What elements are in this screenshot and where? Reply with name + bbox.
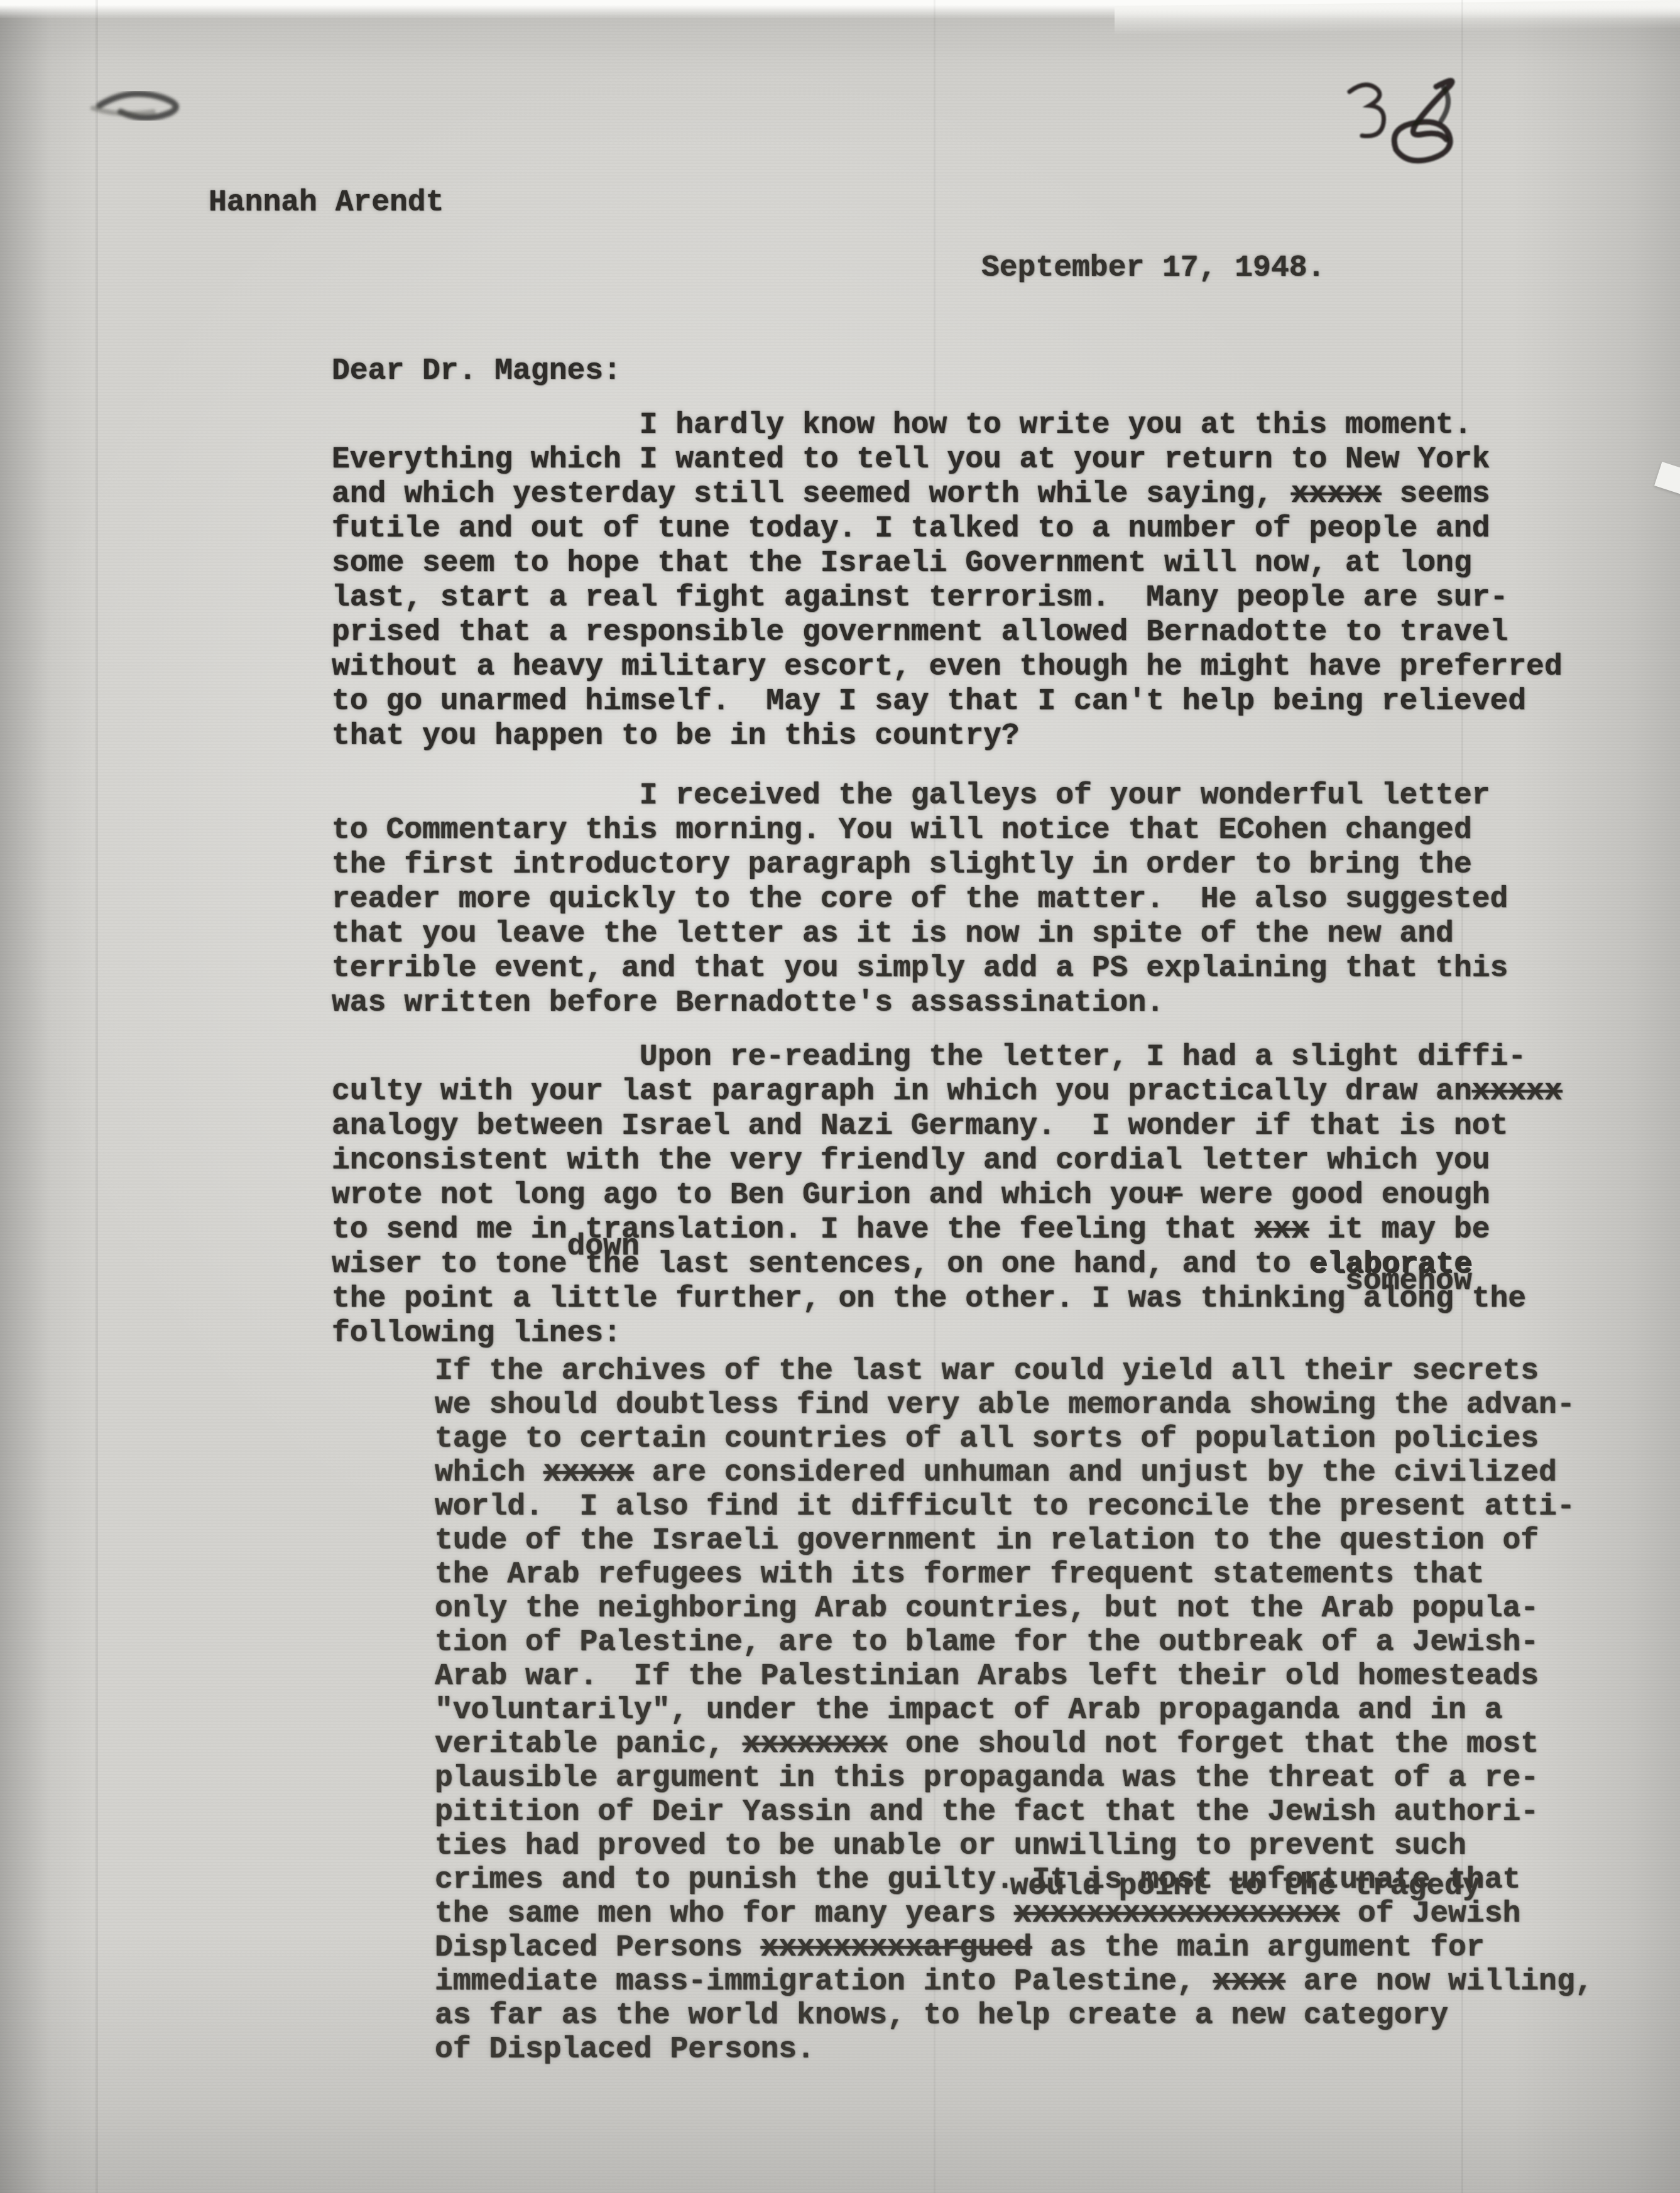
letter-date: September 17, 1948. bbox=[981, 251, 1325, 285]
text-line: "voluntarily", under the impact of Arab … bbox=[435, 1694, 1593, 1728]
author-name: Hannah Arendt bbox=[209, 186, 444, 220]
text-segment: Displaced Persons bbox=[435, 1931, 760, 1965]
text-line: ties had proved to be unable or unwillin… bbox=[435, 1829, 1593, 1863]
inserted-text-word: down bbox=[567, 1230, 639, 1264]
struck-text: xxx bbox=[1255, 1213, 1309, 1247]
struck-text: xxxxx bbox=[1472, 1075, 1563, 1109]
text-line: that you leave the letter as it is now i… bbox=[332, 917, 1508, 952]
text-line: we should doubtless find very able memor… bbox=[435, 1388, 1593, 1422]
text-segment: that you leave the letter as it is now i… bbox=[332, 917, 1454, 951]
text-segment: which bbox=[435, 1456, 543, 1490]
text-line: Arab war. If the Palestinian Arabs left … bbox=[435, 1660, 1593, 1694]
text-segment: the Arab refugees with its former freque… bbox=[435, 1558, 1485, 1592]
struck-text: xxxxxxxx bbox=[743, 1728, 887, 1761]
paragraph: Upon re-reading the letter, I had a slig… bbox=[332, 1040, 1563, 1351]
text-line: prised that a responsible government all… bbox=[332, 616, 1563, 650]
text-segment: reader more quickly to the core of the m… bbox=[332, 883, 1508, 917]
inserted-text: would point to the tragedy bbox=[1010, 1869, 1481, 1903]
handwritten-mark bbox=[1313, 50, 1527, 201]
text-line: plausible argument in this propaganda wa… bbox=[435, 1761, 1593, 1795]
salutation: Dear Dr. Magnes: bbox=[332, 354, 621, 388]
text-line: pitition of Deir Yassin and the fact tha… bbox=[435, 1795, 1593, 1829]
staple-mark bbox=[82, 69, 245, 138]
text-line: the point a little further, on the other… bbox=[332, 1282, 1563, 1317]
text-segment: Everything which I wanted to tell you at… bbox=[332, 443, 1490, 477]
text-line: of Displaced Persons. bbox=[435, 2033, 1593, 2067]
text-line: world. I also find it difficult to recon… bbox=[435, 1490, 1593, 1524]
text-segment: analogy between Israel and Nazi Germany.… bbox=[332, 1109, 1508, 1143]
struck-text: xxxxxxxxxargued bbox=[760, 1931, 1032, 1965]
text-segment: we should doubtless find very able memor… bbox=[435, 1388, 1575, 1422]
struck-text: xxxxx bbox=[1291, 477, 1382, 511]
text-segment: tion of Palestine, are to blame for the … bbox=[435, 1626, 1539, 1660]
text-segment: the last sentences, on one hand, and to bbox=[567, 1248, 1309, 1282]
text-segment: terrible event, and that you simply add … bbox=[332, 952, 1508, 986]
text-line: reader more quickly to the core of the m… bbox=[332, 883, 1508, 917]
text-line: to Commentary this morning. You will not… bbox=[332, 814, 1508, 848]
paper-crease bbox=[95, 0, 98, 2193]
text-segment: veritable panic, bbox=[435, 1728, 743, 1761]
text-segment: some seem to hope that the Israeli Gover… bbox=[332, 547, 1472, 580]
text-segment: inconsistent with the very friendly and … bbox=[332, 1144, 1490, 1178]
text-segment: of Displaced Persons. bbox=[435, 2033, 815, 2067]
text-line: culty with your last paragraph in which … bbox=[332, 1075, 1563, 1109]
text-line: following lines: bbox=[332, 1317, 1563, 1351]
inserted-text-word: somehow bbox=[1345, 1265, 1472, 1298]
text-segment: I received the galleys of your wonderful… bbox=[332, 779, 1490, 813]
text-segment: to Commentary this morning. You will not… bbox=[332, 814, 1472, 847]
text-line: without a heavy military escort, even th… bbox=[332, 650, 1563, 685]
text-segment: was written before Bernadotte's assassin… bbox=[332, 986, 1164, 1020]
text-segment: ties had proved to be unable or unwillin… bbox=[435, 1829, 1466, 1863]
text-line: that you happen to be in this country? bbox=[332, 719, 1563, 754]
text-line: veritable panic, xxxxxxxx one should not… bbox=[435, 1728, 1593, 1761]
text-line: I received the galleys of your wonderful… bbox=[332, 779, 1508, 814]
text-line: as far as the world knows, to help creat… bbox=[435, 1999, 1593, 2033]
struck-text: xxxxx bbox=[543, 1456, 634, 1490]
torn-edge-nick bbox=[1654, 462, 1680, 496]
text-line: and which yesterday still seemed worth w… bbox=[332, 477, 1563, 512]
text-segment: were good enough bbox=[1182, 1178, 1490, 1212]
text-line: Everything which I wanted to tell you at… bbox=[332, 443, 1563, 477]
text-segment: Upon re-reading the letter, I had a slig… bbox=[332, 1040, 1526, 1074]
text-segment: the point a little further, on the other… bbox=[332, 1282, 1345, 1316]
text-segment: world. I also find it difficult to recon… bbox=[435, 1490, 1575, 1524]
text-segment: plausible argument in this propaganda wa… bbox=[435, 1761, 1539, 1795]
text-segment: the first introductory paragraph slightl… bbox=[332, 848, 1472, 882]
paragraph: I received the galleys of your wonderful… bbox=[332, 779, 1508, 1021]
text-line: immediate mass-immigration into Palestin… bbox=[435, 1965, 1593, 1999]
text-segment: only the neighboring Arab countries, but… bbox=[435, 1592, 1539, 1626]
text-line: only the neighboring Arab countries, but… bbox=[435, 1592, 1593, 1626]
text-line: I hardly know how to write you at this m… bbox=[332, 408, 1563, 443]
text-segment: last, start a real fight against terrori… bbox=[332, 581, 1508, 615]
text-line: tage to certain countries of all sorts o… bbox=[435, 1422, 1593, 1456]
text-line: tion of Palestine, are to blame for the … bbox=[435, 1626, 1593, 1660]
text-segment: as the main argument for bbox=[1032, 1931, 1485, 1965]
text-line: the Arab refugees with its former freque… bbox=[435, 1558, 1593, 1592]
text-segment: to go unarmed himself. May I say that I … bbox=[332, 685, 1526, 719]
text-segment: wiser to tone bbox=[332, 1248, 567, 1282]
text-line: analogy between Israel and Nazi Germany.… bbox=[332, 1109, 1563, 1144]
text-segment: culty with your last paragraph in which … bbox=[332, 1075, 1472, 1109]
text-segment: tude of the Israeli government in relati… bbox=[435, 1524, 1539, 1558]
paragraph: I hardly know how to write you at this m… bbox=[332, 408, 1563, 754]
scan-top-right-edge bbox=[1115, 0, 1680, 35]
text-segment: futile and out of tune today. I talked t… bbox=[332, 512, 1490, 546]
text-line: If the archives of the last war could yi… bbox=[435, 1354, 1593, 1388]
text-segment: are now willing, bbox=[1285, 1965, 1593, 1999]
text-line: terrible event, and that you simply add … bbox=[332, 952, 1508, 986]
text-segment: "voluntarily", under the impact of Arab … bbox=[435, 1694, 1502, 1728]
correction-group: xxxxxxxxxxxxxxxxxxwould point to the tra… bbox=[1014, 1897, 1339, 1931]
text-line: to send me in translation. I have the fe… bbox=[332, 1213, 1563, 1248]
text-segment: one should not forget that the most bbox=[887, 1728, 1539, 1761]
text-line: last, start a real fight against terrori… bbox=[332, 581, 1563, 616]
text-segment: it may be bbox=[1309, 1213, 1490, 1247]
text-line: Displaced Persons xxxxxxxxxargued as the… bbox=[435, 1931, 1593, 1965]
text-line: was written before Bernadotte's assassin… bbox=[332, 986, 1508, 1021]
text-line: which xxxxx are considered unhuman and u… bbox=[435, 1456, 1593, 1490]
text-segment: tage to certain countries of all sorts o… bbox=[435, 1422, 1539, 1456]
text-line: some seem to hope that the Israeli Gover… bbox=[332, 547, 1563, 581]
struck-text: r bbox=[1164, 1178, 1182, 1212]
text-segment: without a heavy military escort, even th… bbox=[332, 650, 1563, 684]
block-quote: If the archives of the last war could yi… bbox=[435, 1354, 1593, 2067]
text-segment: following lines: bbox=[332, 1317, 621, 1351]
text-segment: are considered unhuman and unjust by the… bbox=[634, 1456, 1557, 1490]
text-line: the same men who for many years xxxxxxxx… bbox=[435, 1897, 1593, 1931]
text-segment: I hardly know how to write you at this m… bbox=[332, 408, 1472, 442]
text-segment: immediate mass-immigration into Palestin… bbox=[435, 1965, 1213, 1999]
text-line: futile and out of tune today. I talked t… bbox=[332, 512, 1563, 547]
text-line: wrote not long ago to Ben Gurion and whi… bbox=[332, 1178, 1563, 1213]
text-segment: pitition of Deir Yassin and the fact tha… bbox=[435, 1795, 1539, 1829]
text-segment: If the archives of the last war could yi… bbox=[435, 1354, 1539, 1388]
text-segment: Arab war. If the Palestinian Arabs left … bbox=[435, 1660, 1539, 1694]
text-segment: the same men who for many years bbox=[435, 1897, 1014, 1931]
text-line: to go unarmed himself. May I say that I … bbox=[332, 685, 1563, 719]
text-line: the first introductory paragraph slightl… bbox=[332, 848, 1508, 883]
text-line: Upon re-reading the letter, I had a slig… bbox=[332, 1040, 1563, 1075]
text-segment: prised that a responsible government all… bbox=[332, 616, 1508, 650]
text-segment: to send me in translation. I have the fe… bbox=[332, 1213, 1255, 1247]
scanned-letter-page: Hannah Arendt September 17, 1948. Dear D… bbox=[0, 0, 1680, 2193]
text-segment: as far as the world knows, to help creat… bbox=[435, 1999, 1448, 2033]
text-line: tude of the Israeli government in relati… bbox=[435, 1524, 1593, 1558]
text-segment: that you happen to be in this country? bbox=[332, 719, 1020, 753]
text-segment: seems bbox=[1382, 477, 1490, 511]
text-segment: wrote not long ago to Ben Gurion and whi… bbox=[332, 1178, 1164, 1212]
text-line: inconsistent with the very friendly and … bbox=[332, 1144, 1563, 1178]
text-segment: and which yesterday still seemed worth w… bbox=[332, 477, 1291, 511]
struck-text: xxxx bbox=[1213, 1965, 1285, 1999]
